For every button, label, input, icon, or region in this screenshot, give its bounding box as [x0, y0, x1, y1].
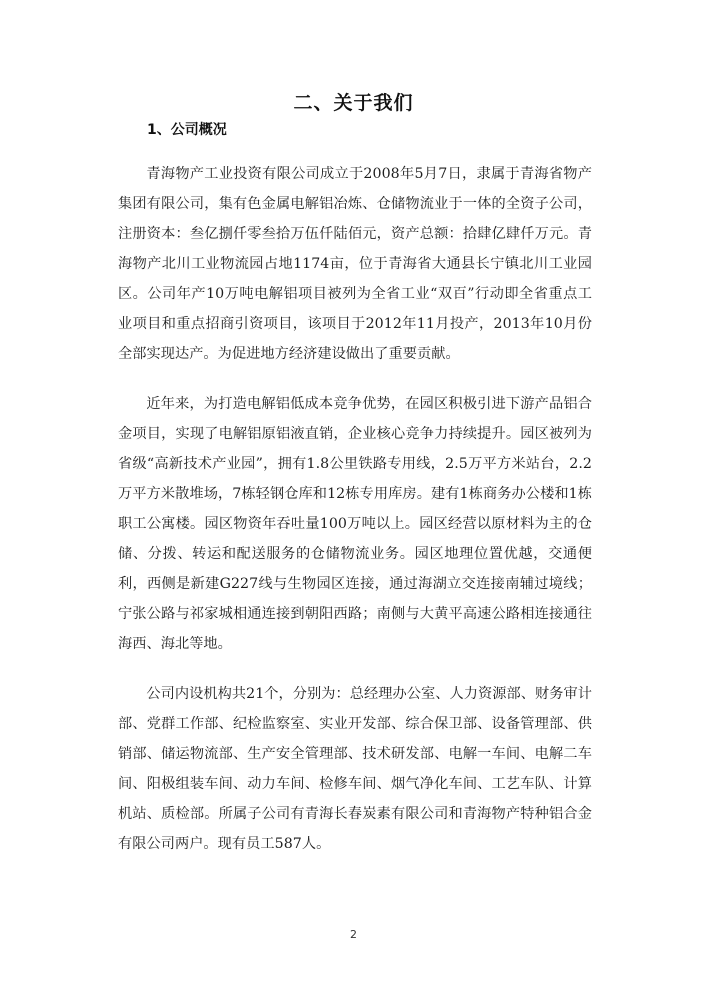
paragraph-company-overview: 青海物产工业投资有限公司成立于2008年5月7日，隶属于青海省物产集团有限公司，… [118, 159, 592, 369]
page-number: 2 [0, 928, 707, 941]
document-page: 二、关于我们 1、公司概况 青海物产工业投资有限公司成立于2008年5月7日，隶… [0, 0, 707, 999]
section-heading: 1、公司概况 [147, 119, 227, 139]
paragraph-industrial-park: 近年来，为打造电解铝低成本竞争优势，在园区积极引进下游产品铝合金项目，实现了电解… [118, 389, 592, 659]
page-title: 二、关于我们 [0, 88, 707, 115]
paragraph-organization: 公司内设机构共21个，分别为：总经理办公室、人力资源部、财务审计部、党群工作部、… [118, 679, 592, 859]
